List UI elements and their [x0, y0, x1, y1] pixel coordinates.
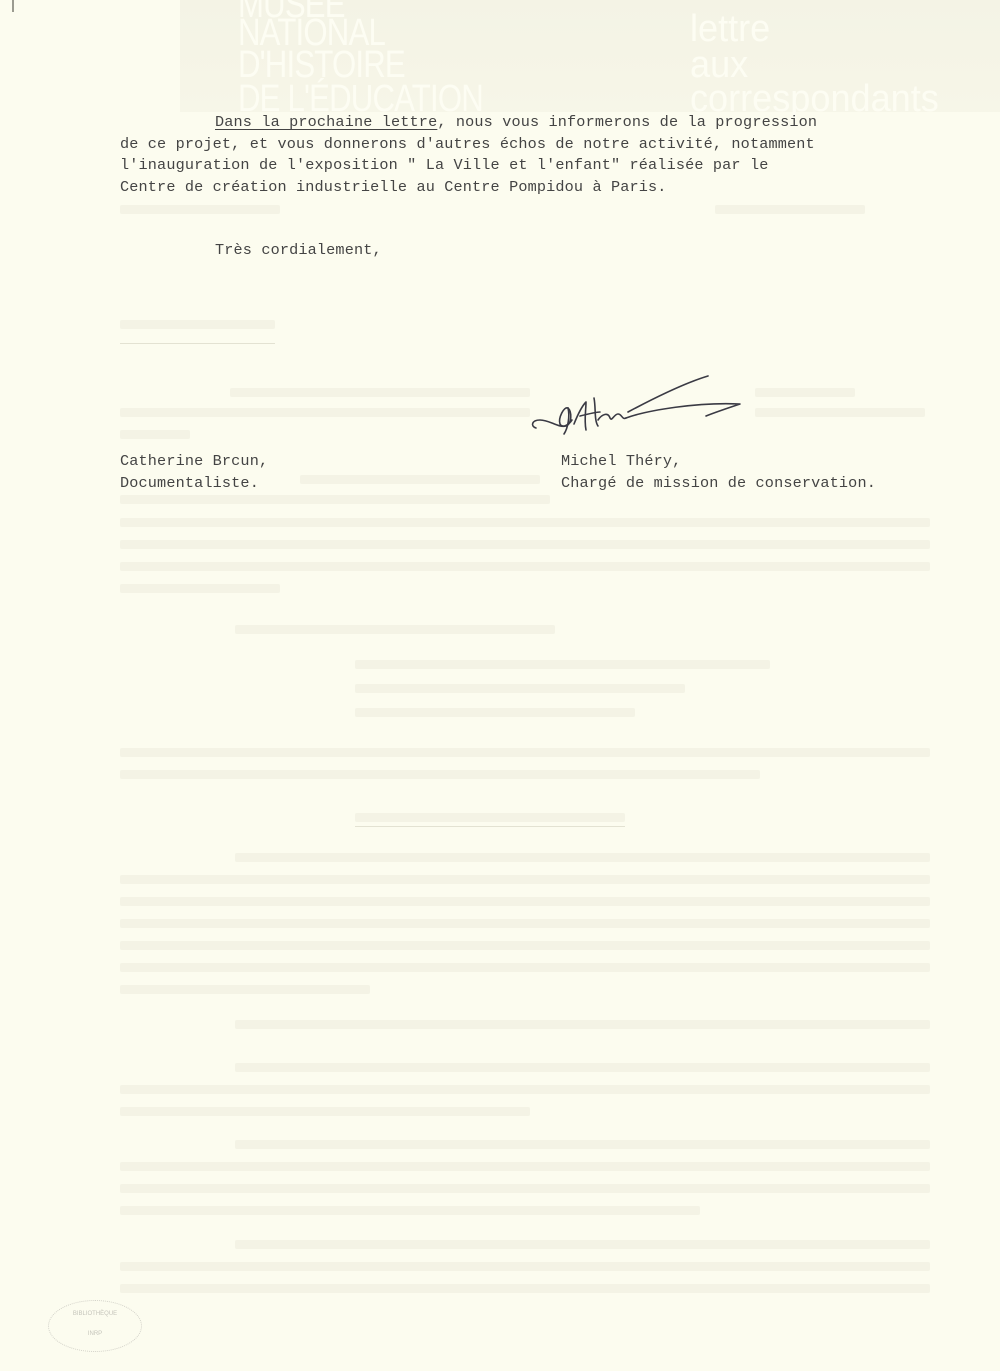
paragraph-line-1-rest: , nous vous informerons de la progressio… [437, 113, 817, 131]
signatory-right-name: Michel Théry, [561, 452, 681, 470]
edge-mark [12, 0, 14, 12]
underlined-lead: Dans la prochaine lettre [215, 113, 437, 131]
paragraph-line-3: l'inauguration de l'exposition " La Vill… [120, 156, 768, 174]
signatory-left: Catherine Brcun, Documentaliste. [120, 451, 268, 494]
stamp-bottom-text: INRP [49, 1331, 141, 1337]
closing-salutation: Très cordialement, [215, 240, 382, 262]
paragraph-line-4: Centre de création industrielle au Centr… [120, 178, 667, 196]
body-paragraph: Dans la prochaine lettre, nous vous info… [120, 112, 817, 198]
paragraph-line-2: de ce projet, et vous donnerons d'autres… [120, 135, 815, 153]
signatory-left-title: Documentaliste. [120, 474, 259, 492]
signatory-left-name: Catherine Brcun, [120, 452, 268, 470]
letterhead-ghost-line: lettre [690, 10, 770, 48]
signatory-right-title: Chargé de mission de conservation. [561, 474, 876, 492]
document-page: MUSÉE NATIONAL D'HISTOIRE DE L'ÉDUCATION… [0, 0, 1000, 1371]
library-stamp: BIBLIOTHÈQUE INRP [48, 1300, 142, 1352]
signature-icon [528, 368, 758, 443]
stamp-top-text: BIBLIOTHÈQUE [49, 1311, 141, 1317]
signatory-right: Michel Théry, Chargé de mission de conse… [561, 451, 876, 494]
